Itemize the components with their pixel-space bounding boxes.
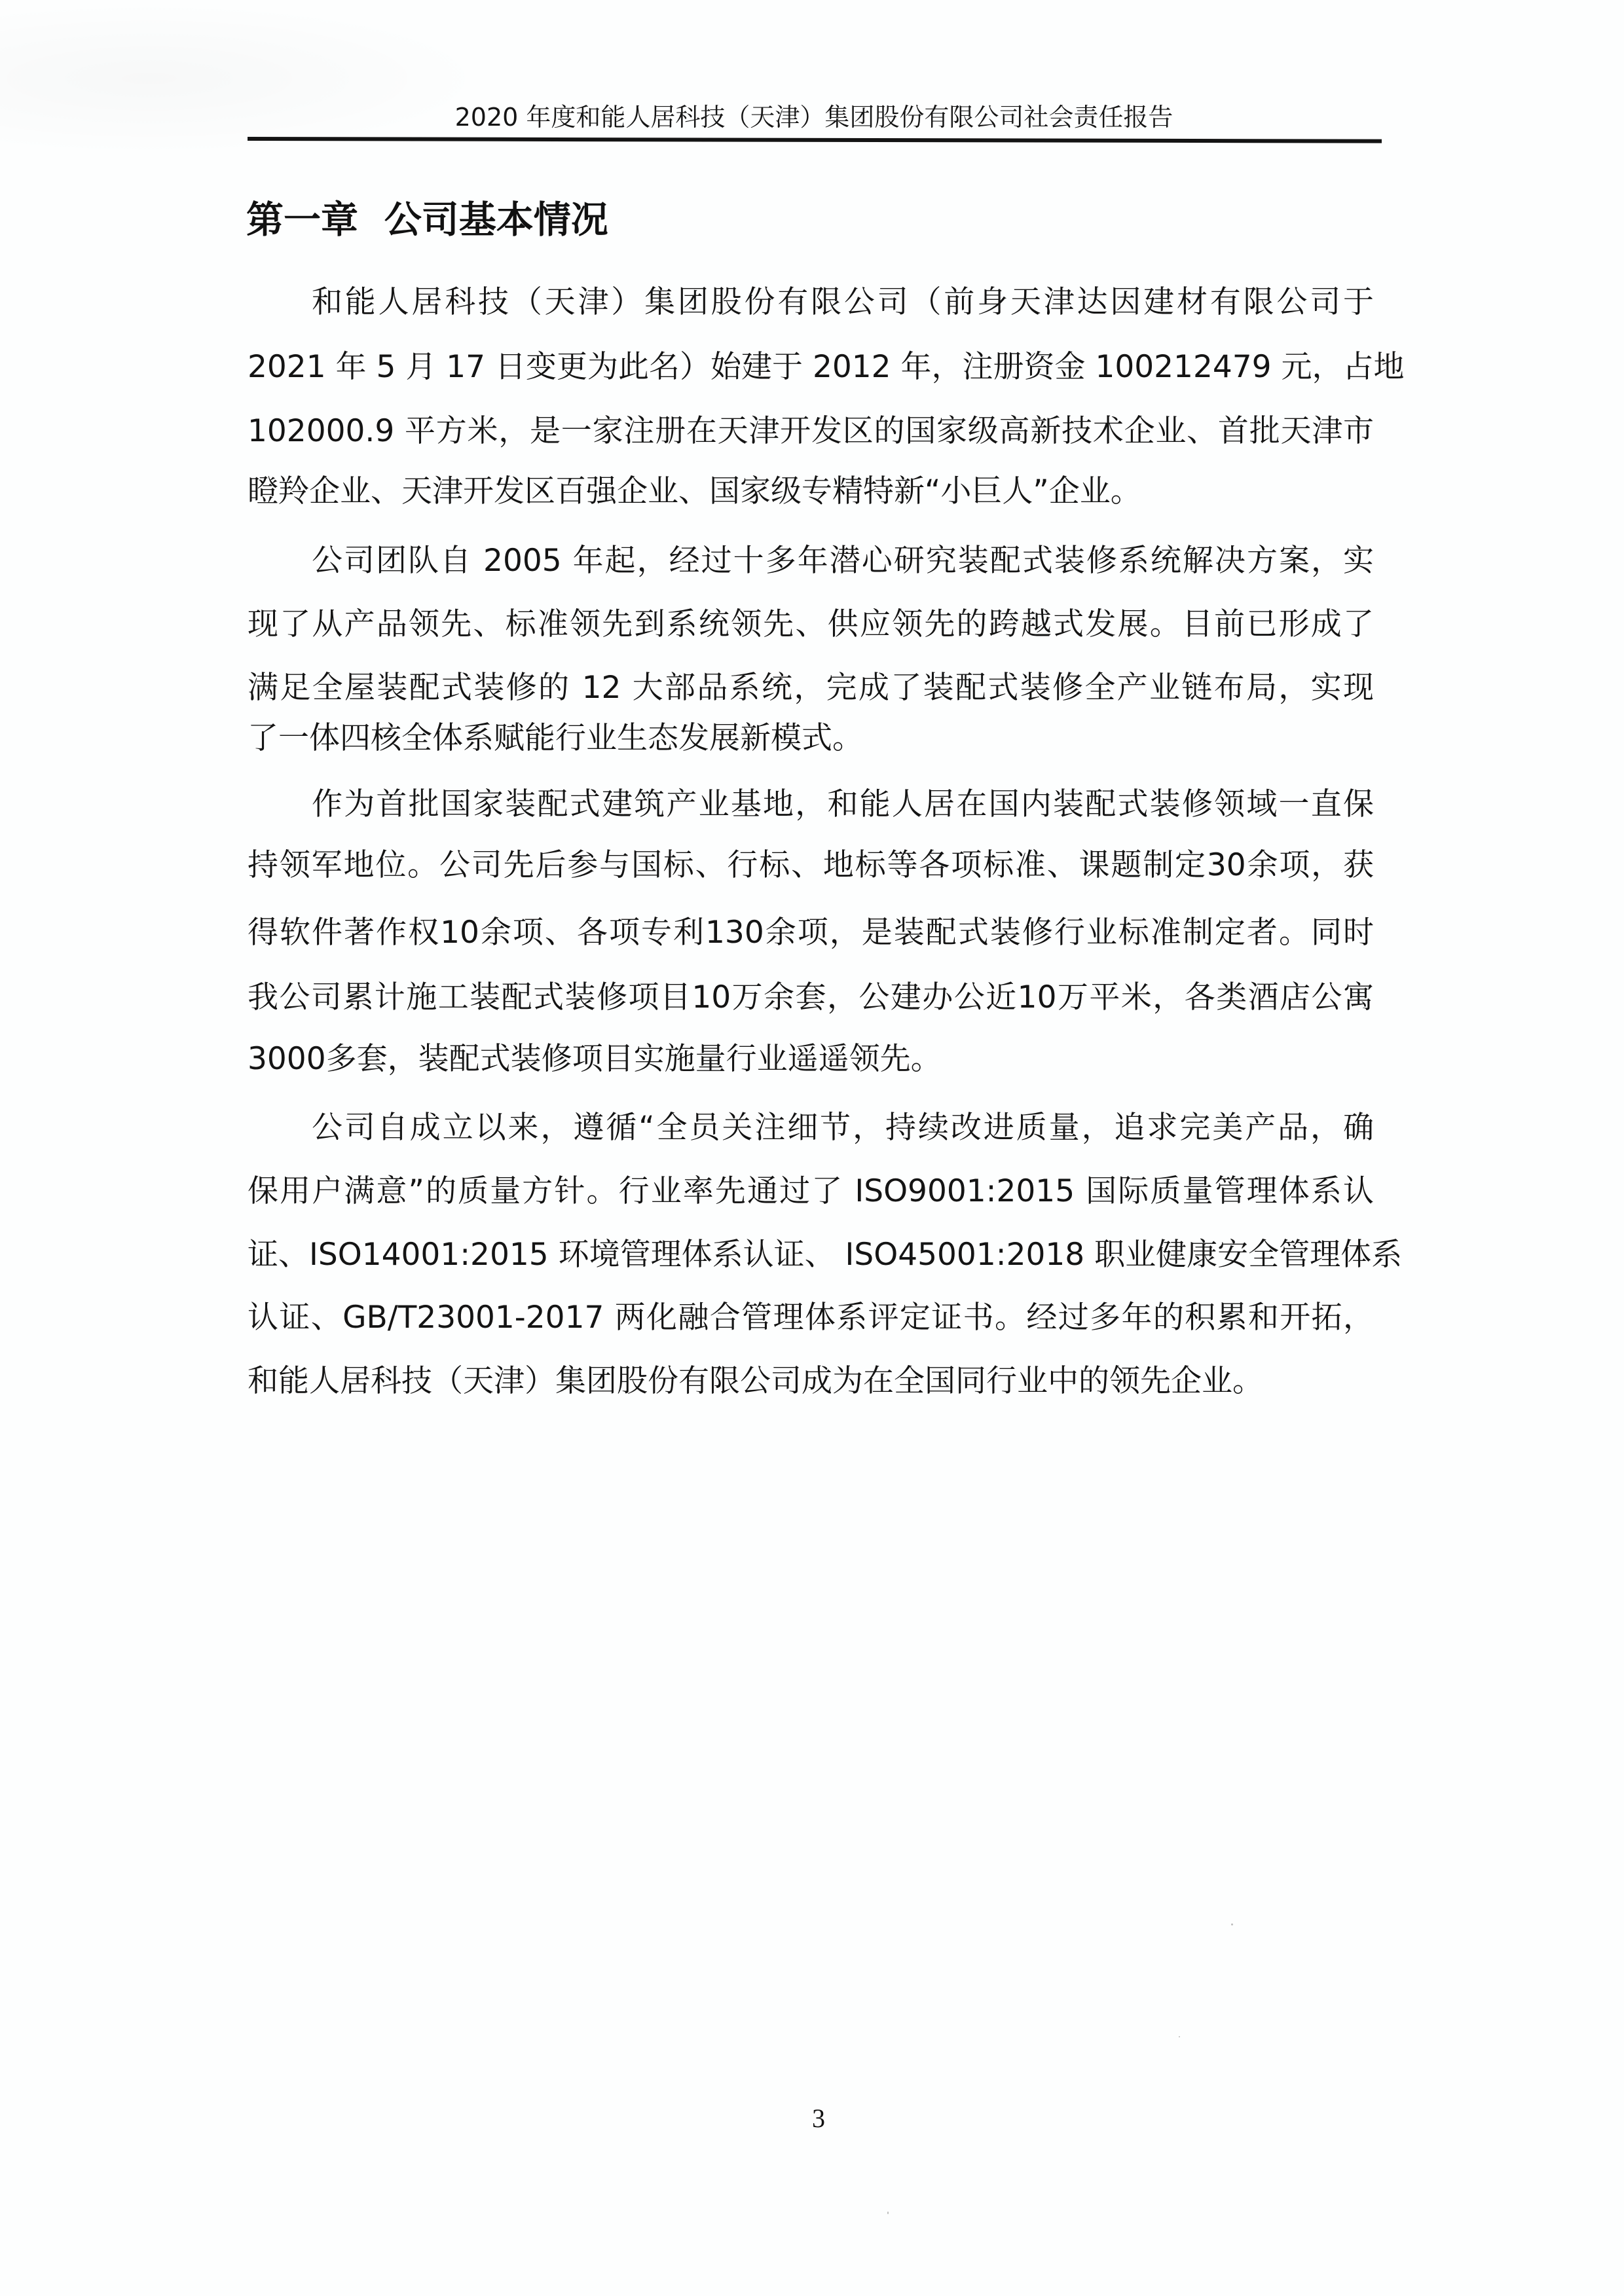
paragraph-line: 公司自成立以来，遵循“全员关注细节，持续改进质量，追求完美产品，确 (312, 1105, 1374, 1151)
paragraph-line: 持领军地位。公司先后参与国标、行标、地标等各项标准、课题制定30余项，获 (248, 843, 1374, 888)
scan-speck (1231, 1923, 1233, 1925)
paragraph-line: 证、ISO14001:2015 环境管理体系认证、 ISO45001:2018 … (248, 1232, 1374, 1278)
scan-speck (887, 2212, 889, 2214)
paragraph-line: 瞪羚企业、天津开发区百强企业、国家级专精特新“小巨人”企业。 (248, 469, 1374, 515)
paragraph-line: 认证、GB/T23001-2017 两化融合管理体系评定证书。经过多年的积累和开… (248, 1295, 1374, 1341)
paragraph-line: 2021 年 5 月 17 日变更为此名）始建于 2012 年，注册资金 100… (248, 344, 1374, 390)
paragraph-line: 和能人居科技（天津）集团股份有限公司成为在全国同行业中的领先企业。 (248, 1358, 1374, 1404)
paragraph-line: 满足全屋装配式装修的 12 大部品系统，完成了装配式装修全产业链布局，实现 (248, 665, 1374, 711)
paragraph-line: 了一体四核全体系赋能行业生态发展新模式。 (248, 716, 1374, 761)
scan-artifact (0, 0, 498, 157)
paragraph-line: 102000.9 平方米，是一家注册在天津开发区的国家级高新技术企业、首批天津市 (248, 409, 1374, 454)
chapter-heading: 第一章 公司基本情况 (246, 195, 608, 245)
paragraph-line: 3000多套，装配式装修项目实施量行业遥遥领先。 (248, 1036, 1374, 1082)
scan-speck (1179, 2036, 1180, 2037)
paragraph-line: 现了从产品领先、标准领先到系统领先、供应领先的跨越式发展。目前已形成了 (248, 602, 1374, 647)
paragraph-line: 公司团队自 2005 年起，经过十多年潜心研究装配式装修系统解决方案，实 (312, 538, 1374, 584)
page-number: 3 (805, 2103, 832, 2134)
paragraph-line: 作为首批国家装配式建筑产业基地，和能人居在国内装配式装修领域一直保 (312, 782, 1374, 828)
header-rule (248, 137, 1382, 143)
paragraph-line: 保用户满意”的质量方针。行业率先通过了 ISO9001:2015 国际质量管理体… (248, 1169, 1374, 1214)
paragraph-line: 我公司累计施工装配式装修项目10万余套，公建办公近10万平米，各类酒店公寓 (248, 975, 1374, 1021)
paragraph-line: 得软件著作权10余项、各项专利130余项，是装配式装修行业标准制定者。同时 (248, 910, 1374, 956)
running-header: 2020 年度和能人居科技（天津）集团股份有限公司社会责任报告 (248, 101, 1380, 134)
paragraph-line: 和能人居科技（天津）集团股份有限公司（前身天津达因建材有限公司于 (312, 280, 1374, 325)
